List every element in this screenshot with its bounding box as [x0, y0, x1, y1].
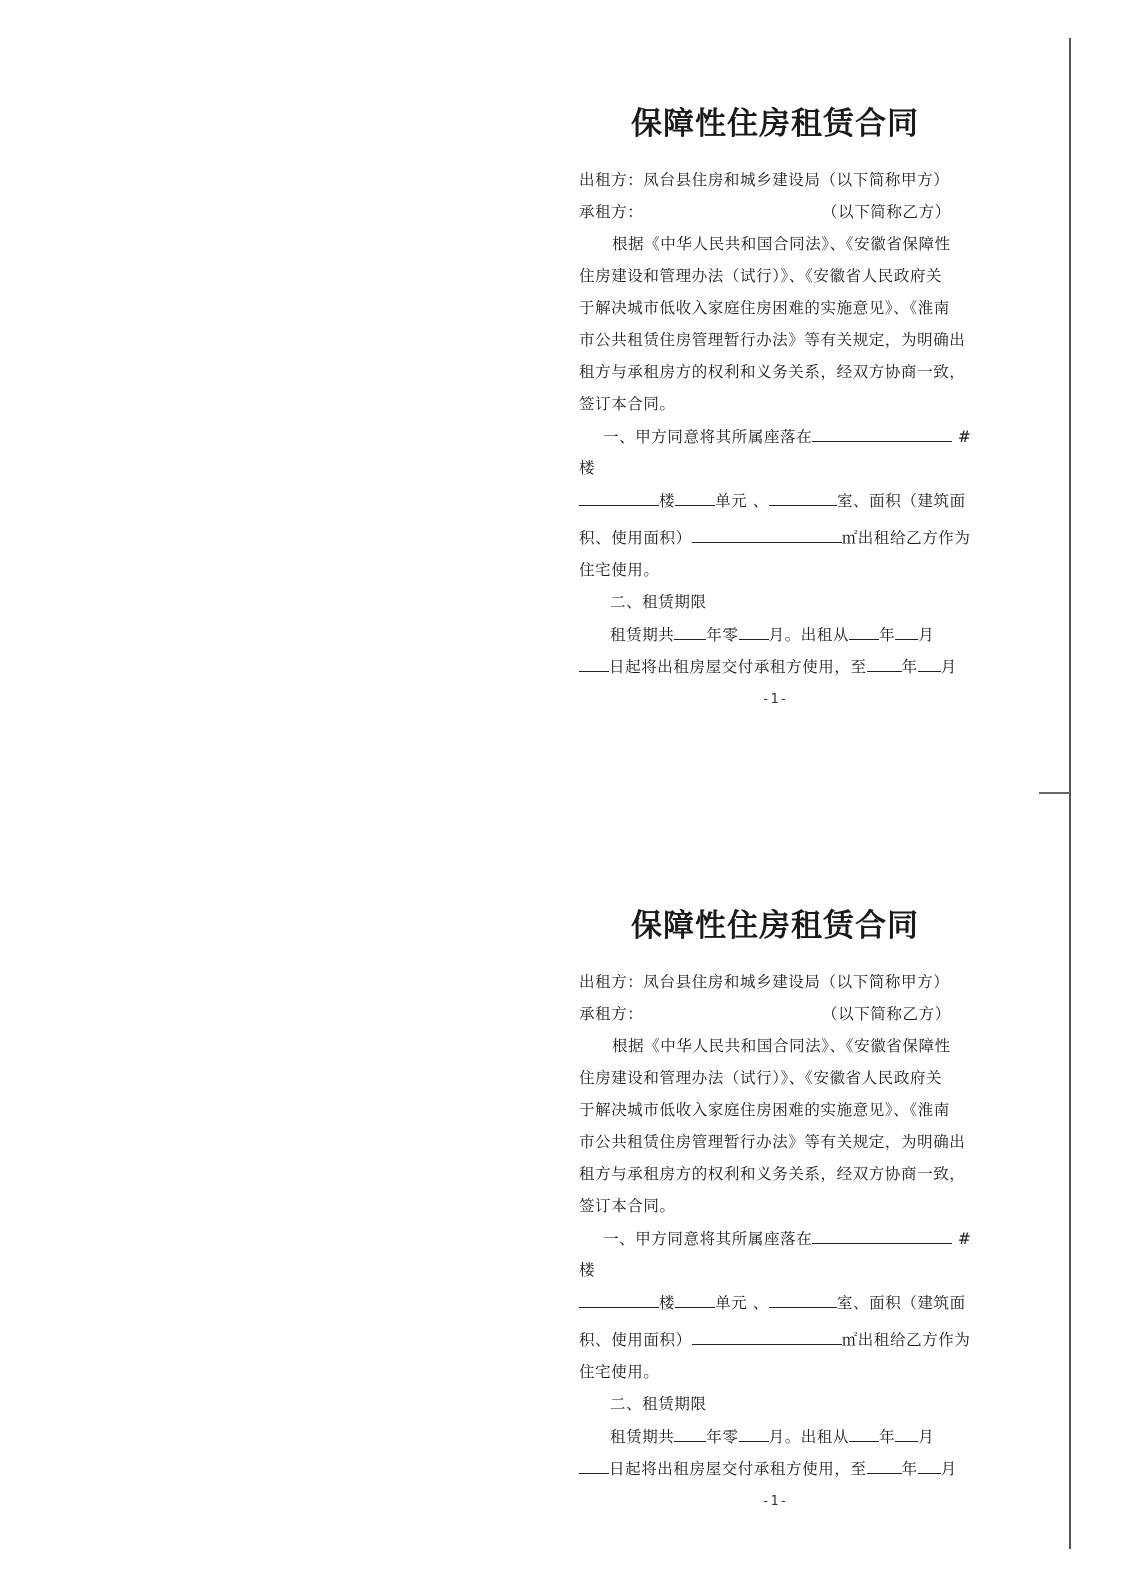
clause1-line1: 一、甲方同意将其所属座落在 # — [603, 1228, 971, 1249]
building-blank[interactable] — [579, 1292, 659, 1308]
floor-label: 楼 — [659, 1294, 675, 1312]
preamble-line: 签订本合同。 — [579, 1196, 676, 1216]
lessee-line: 承租方： — [579, 202, 643, 222]
end-year-blank[interactable] — [867, 1458, 902, 1474]
area-suffix: ㎡出租给乙方作为 — [842, 529, 971, 547]
building-blank[interactable] — [579, 490, 659, 506]
contract-title: 保障性住房租赁合同 — [579, 98, 971, 143]
clause1-line4: 积、使用面积）㎡出租给乙方作为 — [579, 1329, 971, 1350]
start-year-blank[interactable] — [849, 1426, 879, 1442]
month-label: 月 — [941, 658, 957, 676]
hash-mark: # — [958, 1230, 972, 1248]
area-suffix: ㎡出租给乙方作为 — [842, 1331, 971, 1349]
clause2-heading: 二、租赁期限 — [610, 1394, 707, 1414]
term-label: 租赁期共 — [610, 626, 674, 644]
clause1-line4: 积、使用面积）㎡出租给乙方作为 — [579, 527, 971, 548]
start-year-blank[interactable] — [849, 624, 879, 640]
location-blank[interactable] — [812, 426, 952, 442]
page-number: -1- — [579, 1494, 971, 1509]
lessor-alias: （以下简称甲方） — [821, 973, 950, 991]
start-month-blank[interactable] — [895, 624, 918, 640]
clause1-line1: 一、甲方同意将其所属座落在 # — [603, 426, 971, 447]
lessee-line: 承租方： — [579, 1004, 643, 1024]
lessee-alias: （以下简称乙方） — [822, 202, 951, 222]
clause1-building: 楼 — [579, 1260, 595, 1280]
lessor-name: 凤台县住房和城乡建设局 — [643, 171, 820, 189]
end-month-blank[interactable] — [918, 656, 941, 672]
start-day-blank[interactable] — [579, 656, 609, 672]
area-label: 积、使用面积） — [579, 529, 692, 547]
start-label: 月。出租从 — [769, 1428, 850, 1446]
preamble-line: 市公共租赁住房管理暂行办法》等有关规定，为明确出 — [579, 1132, 965, 1152]
lessee-label: 承租方： — [579, 203, 643, 221]
year-label: 年 — [879, 1428, 895, 1446]
years-label: 年零 — [706, 626, 738, 644]
clause1-building: 楼 — [579, 458, 595, 478]
year-label: 年 — [879, 626, 895, 644]
lessor-line: 出租方：凤台县住房和城乡建设局（以下简称甲方） — [579, 972, 949, 992]
handover-text: 日起将出租房屋交付承租方使用，至 — [609, 1460, 867, 1478]
room-blank[interactable] — [769, 490, 837, 506]
clause1-end: 住宅使用。 — [579, 560, 660, 580]
clause2-line2: 日起将出租房屋交付承租方使用，至年月 — [579, 1458, 957, 1479]
month-label: 月 — [918, 626, 934, 644]
clause1-end: 住宅使用。 — [579, 1362, 660, 1382]
preamble-line: 住房建设和管理办法（试行）》、《安徽省人民政府关 — [579, 1068, 942, 1088]
area-blank[interactable] — [692, 1329, 842, 1345]
location-blank[interactable] — [812, 1228, 952, 1244]
term-years-blank[interactable] — [674, 624, 706, 640]
page-fold-tick — [1039, 792, 1070, 794]
clause1-line3: 楼单元 、室、面积（建筑面 — [579, 490, 966, 511]
clause2-line1: 租赁期共年零月。出租从年月 — [610, 1426, 934, 1447]
clause2-line2: 日起将出租房屋交付承租方使用，至年月 — [579, 656, 957, 677]
unit-blank[interactable] — [675, 490, 715, 506]
contract-title: 保障性住房租赁合同 — [579, 900, 971, 945]
preamble-line: 租方与承租房方的权利和义务关系，经双方协商一致， — [579, 1164, 965, 1184]
lessor-label: 出租方： — [579, 171, 643, 189]
start-day-blank[interactable] — [579, 1458, 609, 1474]
year-label: 年 — [902, 1460, 918, 1478]
page-number: -1- — [579, 692, 971, 707]
clause2-line1: 租赁期共年零月。出租从年月 — [610, 624, 934, 645]
preamble-line: 于解决城市低收入家庭住房困难的实施意见》、《淮南 — [579, 1100, 950, 1120]
years-label: 年零 — [706, 1428, 738, 1446]
month-label: 月 — [918, 1428, 934, 1446]
preamble-line: 租方与承租房方的权利和义务关系，经双方协商一致， — [579, 362, 965, 382]
clause2-heading: 二、租赁期限 — [610, 592, 707, 612]
term-years-blank[interactable] — [674, 1426, 706, 1442]
room-label: 室、面积（建筑面 — [837, 1294, 966, 1312]
lessor-name: 凤台县住房和城乡建设局 — [643, 973, 820, 991]
room-label: 室、面积（建筑面 — [837, 492, 966, 510]
hash-mark: # — [958, 428, 972, 446]
floor-label: 楼 — [659, 492, 675, 510]
preamble-line: 签订本合同。 — [579, 394, 676, 414]
term-months-blank[interactable] — [739, 1426, 769, 1442]
end-month-blank[interactable] — [918, 1458, 941, 1474]
lessor-alias: （以下简称甲方） — [821, 171, 950, 189]
preamble-line: 于解决城市低收入家庭住房困难的实施意见》、《淮南 — [579, 298, 950, 318]
unit-label: 单元 、 — [715, 1294, 769, 1312]
clause1-line3: 楼单元 、室、面积（建筑面 — [579, 1292, 966, 1313]
end-year-blank[interactable] — [867, 656, 902, 672]
room-blank[interactable] — [769, 1292, 837, 1308]
lessor-line: 出租方：凤台县住房和城乡建设局（以下简称甲方） — [579, 170, 949, 190]
lessor-label: 出租方： — [579, 973, 643, 991]
preamble-line: 根据《中华人民共和国合同法》、《安徽省保障性 — [612, 1036, 951, 1056]
clause1-prefix: 一、甲方同意将其所属座落在 — [603, 1230, 812, 1248]
year-label: 年 — [902, 658, 918, 676]
area-blank[interactable] — [692, 527, 842, 543]
month-label: 月 — [941, 1460, 957, 1478]
area-label: 积、使用面积） — [579, 1331, 692, 1349]
start-label: 月。出租从 — [769, 626, 850, 644]
term-months-blank[interactable] — [739, 624, 769, 640]
start-month-blank[interactable] — [895, 1426, 918, 1442]
preamble-line: 住房建设和管理办法（试行）》、《安徽省人民政府关 — [579, 266, 942, 286]
clause1-prefix: 一、甲方同意将其所属座落在 — [603, 428, 812, 446]
unit-label: 单元 、 — [715, 492, 769, 510]
unit-blank[interactable] — [675, 1292, 715, 1308]
preamble-line: 根据《中华人民共和国合同法》、《安徽省保障性 — [612, 234, 951, 254]
handover-text: 日起将出租房屋交付承租方使用，至 — [609, 658, 867, 676]
preamble-line: 市公共租赁住房管理暂行办法》等有关规定，为明确出 — [579, 330, 965, 350]
lessee-label: 承租方： — [579, 1005, 643, 1023]
term-label: 租赁期共 — [610, 1428, 674, 1446]
lessee-alias: （以下简称乙方） — [822, 1004, 951, 1024]
